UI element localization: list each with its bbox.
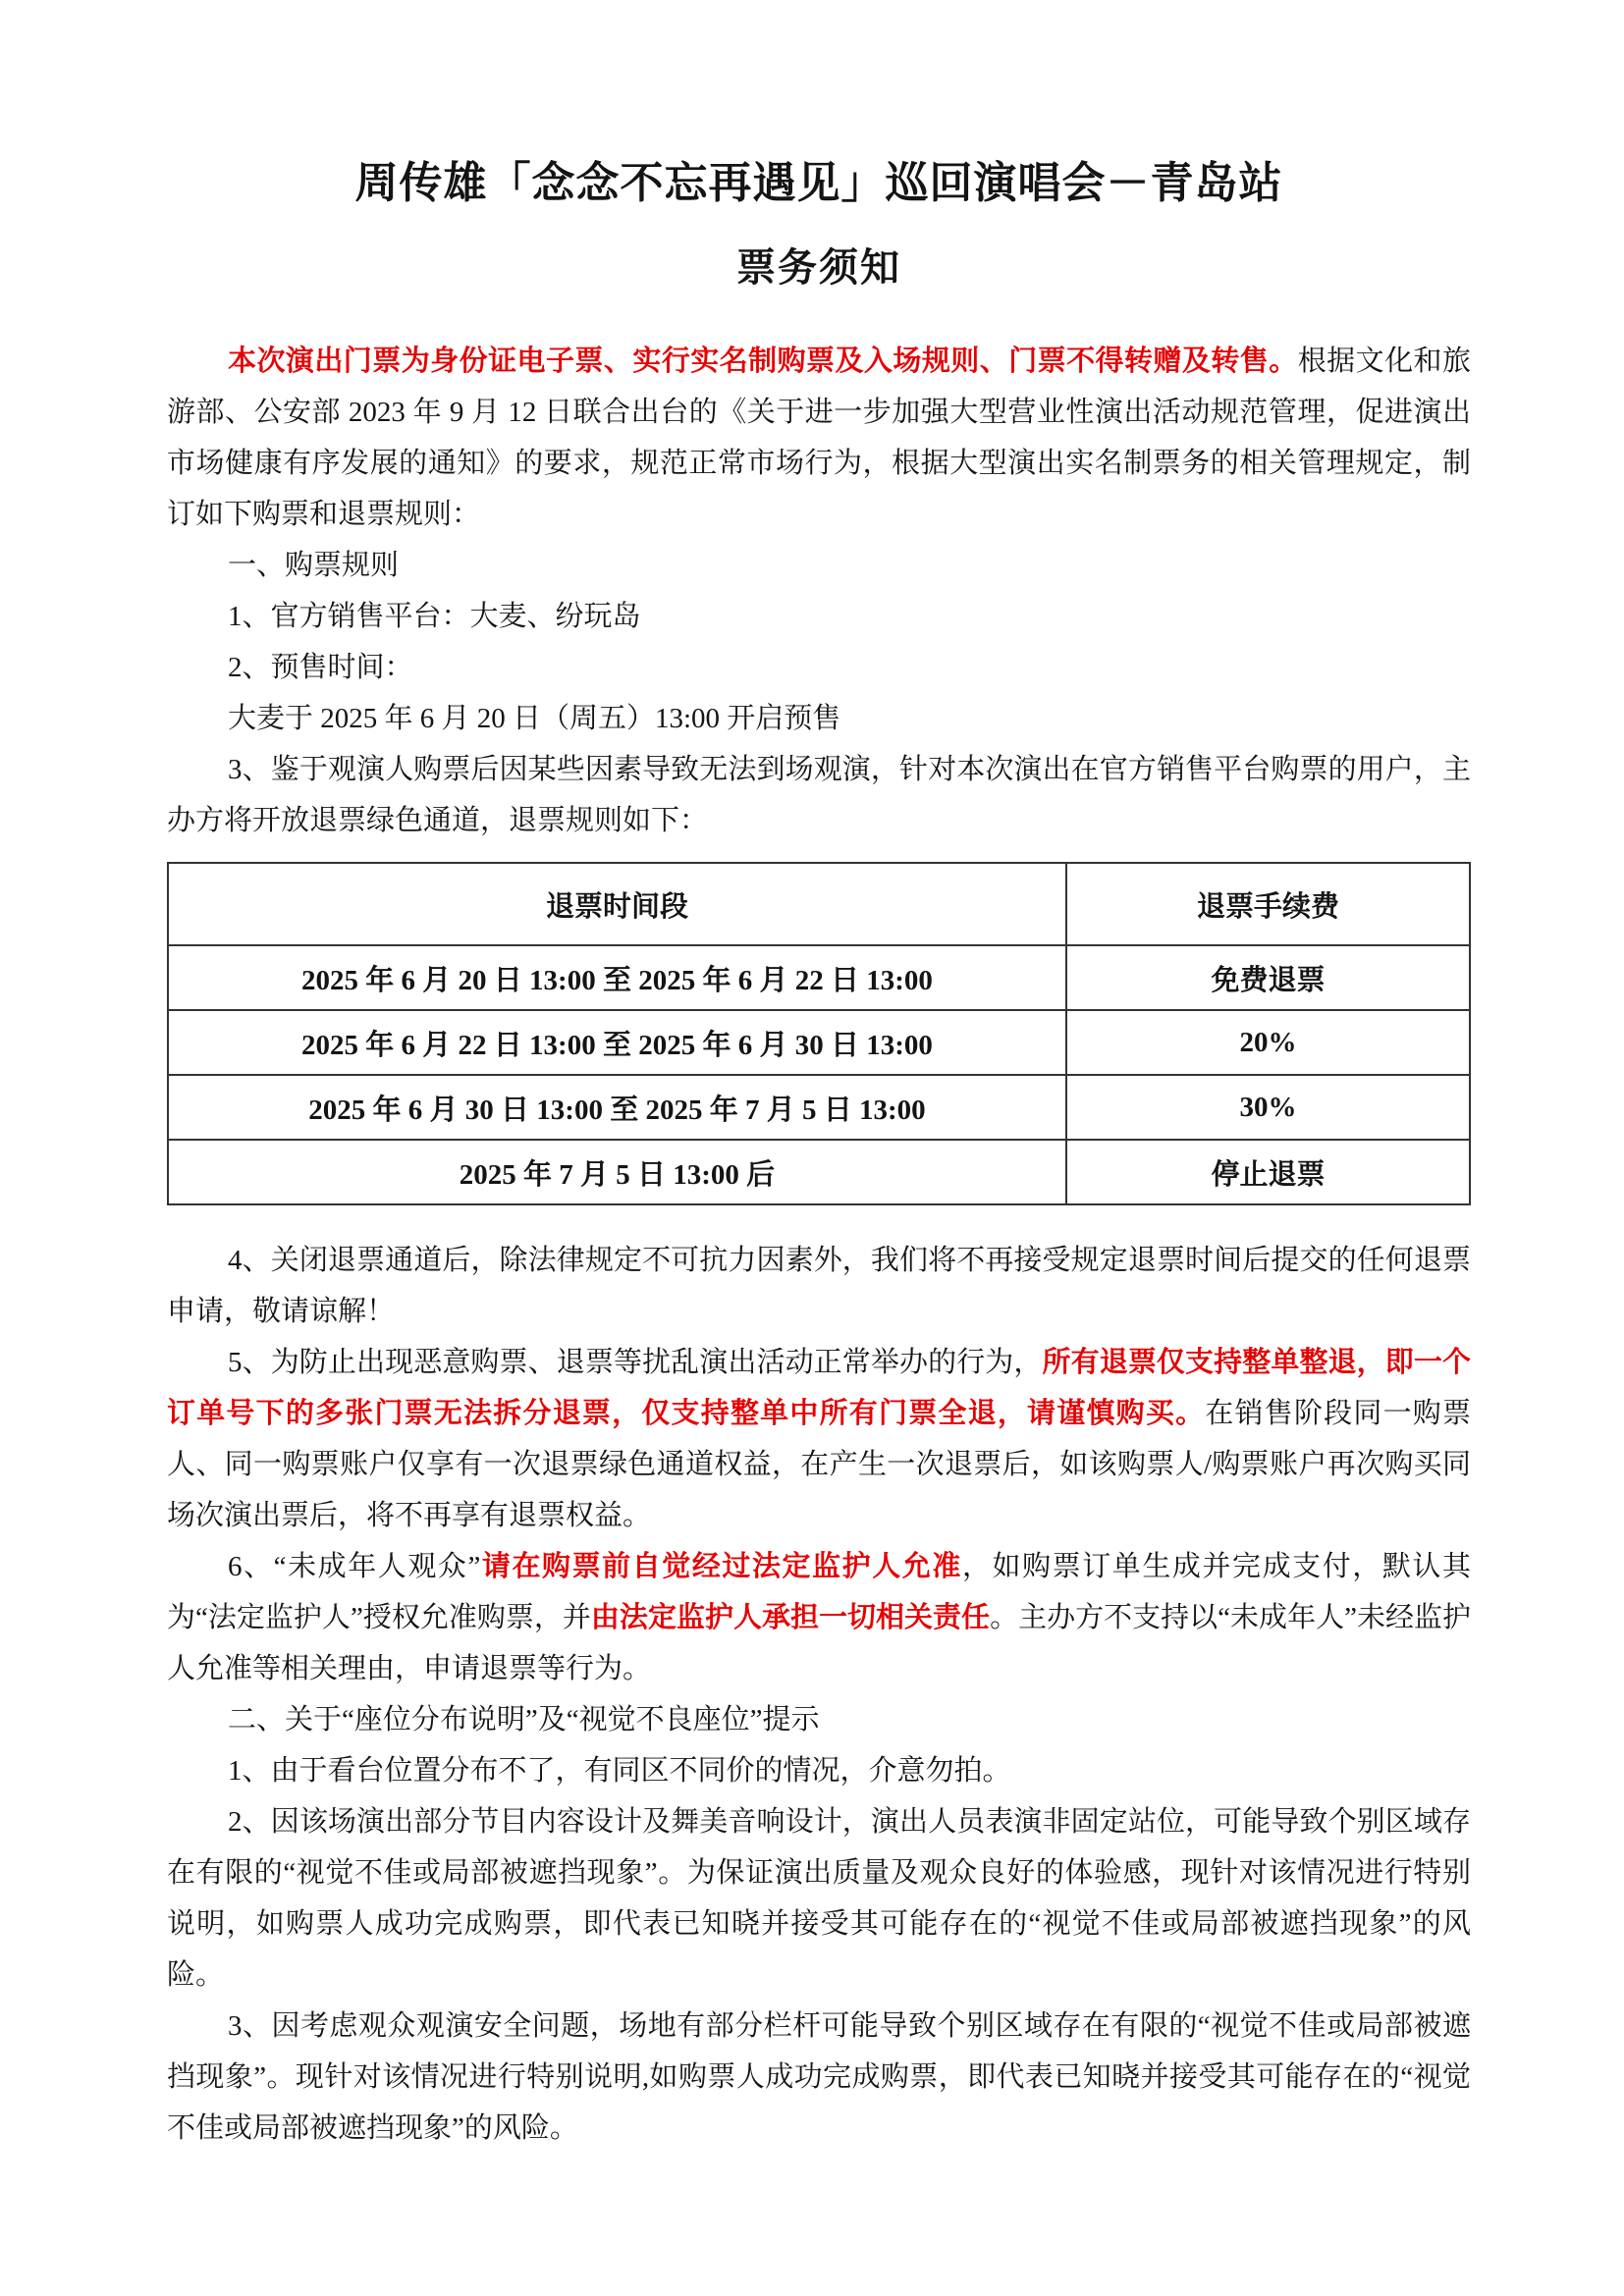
paragraph: 4、关闭退票通道后，除法律规定不可抗力因素外，我们将不再接受规定退票时间后提交的… xyxy=(167,1235,1471,1337)
paragraph: 5、为防止出现恶意购票、退票等扰乱演出活动正常举办的行为，所有退票仅支持整单整退… xyxy=(167,1337,1471,1541)
body-text: 2、预售时间： xyxy=(228,652,413,683)
paragraph: 6、“未成年人观众”请在购票前自觉经过法定监护人允准，如购票订单生成并完成支付，… xyxy=(167,1541,1471,1694)
table-header-cell: 退票时间段 xyxy=(168,863,1066,945)
paragraph: 大麦于 2025 年 6 月 20 日（周五）13:00 开启预售 xyxy=(167,693,1471,744)
paragraph: 3、鉴于观演人购票后因某些因素导致无法到场观演，针对本次演出在官方销售平台购票的… xyxy=(167,744,1471,846)
table-cell: 2025 年 6 月 22 日 13:00 至 2025 年 6 月 30 日 … xyxy=(168,1010,1066,1075)
body-text: 5、为防止出现恶意购票、退票等扰乱演出活动正常举办的行为， xyxy=(228,1347,1043,1378)
paragraph: 2、预售时间： xyxy=(167,642,1471,693)
red-emphasis-text: 本次演出门票为身份证电子票、实行实名制购票及入场规则、门票不得转赠及转售。 xyxy=(228,346,1298,377)
paragraph: 一、购票规则 xyxy=(167,540,1471,591)
table-cell: 30% xyxy=(1066,1075,1470,1140)
document-page: 周传雄「念念不忘再遇见」巡回演唱会－青岛站 票务须知 本次演出门票为身份证电子票… xyxy=(0,0,1624,2296)
body-text: 1、由于看台位置分布不了，有同区不同价的情况，介意勿拍。 xyxy=(228,1755,1011,1787)
red-emphasis-text: 由法定监护人承担一切相关责任 xyxy=(591,1602,990,1633)
paragraph: 2、因该场演出部分节目内容设计及舞美音响设计，演出人员表演非固定站位，可能导致个… xyxy=(167,1796,1471,2001)
refund-rules-table: 退票时间段退票手续费2025 年 6 月 20 日 13:00 至 2025 年… xyxy=(167,862,1471,1205)
body-text: 4、关闭退票通道后，除法律规定不可抗力因素外，我们将不再接受规定退票时间后提交的… xyxy=(167,1245,1471,1327)
document-title: 周传雄「念念不忘再遇见」巡回演唱会－青岛站 xyxy=(167,157,1471,210)
table-cell: 免费退票 xyxy=(1066,945,1470,1010)
body-text: 6、“未成年人观众” xyxy=(228,1551,480,1582)
table-cell: 2025 年 6 月 20 日 13:00 至 2025 年 6 月 22 日 … xyxy=(168,945,1066,1010)
body-text: 3、鉴于观演人购票后因某些因素导致无法到场观演，针对本次演出在官方销售平台购票的… xyxy=(167,754,1471,836)
paragraph: 1、官方销售平台：大麦、纷玩岛 xyxy=(167,591,1471,642)
table-cell: 20% xyxy=(1066,1010,1470,1075)
body-text: 1、官方销售平台：大麦、纷玩岛 xyxy=(228,601,641,632)
paragraph: 1、由于看台位置分布不了，有同区不同价的情况，介意勿拍。 xyxy=(167,1745,1471,1796)
table-cell: 2025 年 6 月 30 日 13:00 至 2025 年 7 月 5 日 1… xyxy=(168,1075,1066,1140)
table-cell: 停止退票 xyxy=(1066,1140,1470,1204)
body-text: 大麦于 2025 年 6 月 20 日（周五）13:00 开启预售 xyxy=(228,703,840,734)
table-row: 2025 年 7 月 5 日 13:00 后停止退票 xyxy=(168,1140,1470,1204)
table-cell: 2025 年 7 月 5 日 13:00 后 xyxy=(168,1140,1066,1204)
table-header-row: 退票时间段退票手续费 xyxy=(168,863,1470,945)
paragraph: 3、因考虑观众观演安全问题，场地有部分栏杆可能导致个别区域存在有限的“视觉不佳或… xyxy=(167,2001,1471,2154)
body-text: 2、因该场演出部分节目内容设计及舞美音响设计，演出人员表演非固定站位，可能导致个… xyxy=(167,1806,1471,1991)
red-emphasis-text: 请在购票前自觉经过法定监护人允准 xyxy=(480,1551,962,1582)
table-row: 2025 年 6 月 22 日 13:00 至 2025 年 6 月 30 日 … xyxy=(168,1010,1470,1075)
table-header-cell: 退票手续费 xyxy=(1066,863,1470,945)
document-subtitle: 票务须知 xyxy=(167,243,1471,293)
table-row: 2025 年 6 月 20 日 13:00 至 2025 年 6 月 22 日 … xyxy=(168,945,1470,1010)
document-body: 本次演出门票为身份证电子票、实行实名制购票及入场规则、门票不得转赠及转售。根据文… xyxy=(167,336,1471,2154)
body-text: 3、因考虑观众观演安全问题，场地有部分栏杆可能导致个别区域存在有限的“视觉不佳或… xyxy=(167,2010,1471,2144)
body-text: 二、关于“座位分布说明”及“视觉不良座位”提示 xyxy=(228,1704,820,1735)
paragraph: 二、关于“座位分布说明”及“视觉不良座位”提示 xyxy=(167,1694,1471,1745)
paragraph: 本次演出门票为身份证电子票、实行实名制购票及入场规则、门票不得转赠及转售。根据文… xyxy=(167,336,1471,540)
table-row: 2025 年 6 月 30 日 13:00 至 2025 年 7 月 5 日 1… xyxy=(168,1075,1470,1140)
body-text: 一、购票规则 xyxy=(228,550,399,581)
